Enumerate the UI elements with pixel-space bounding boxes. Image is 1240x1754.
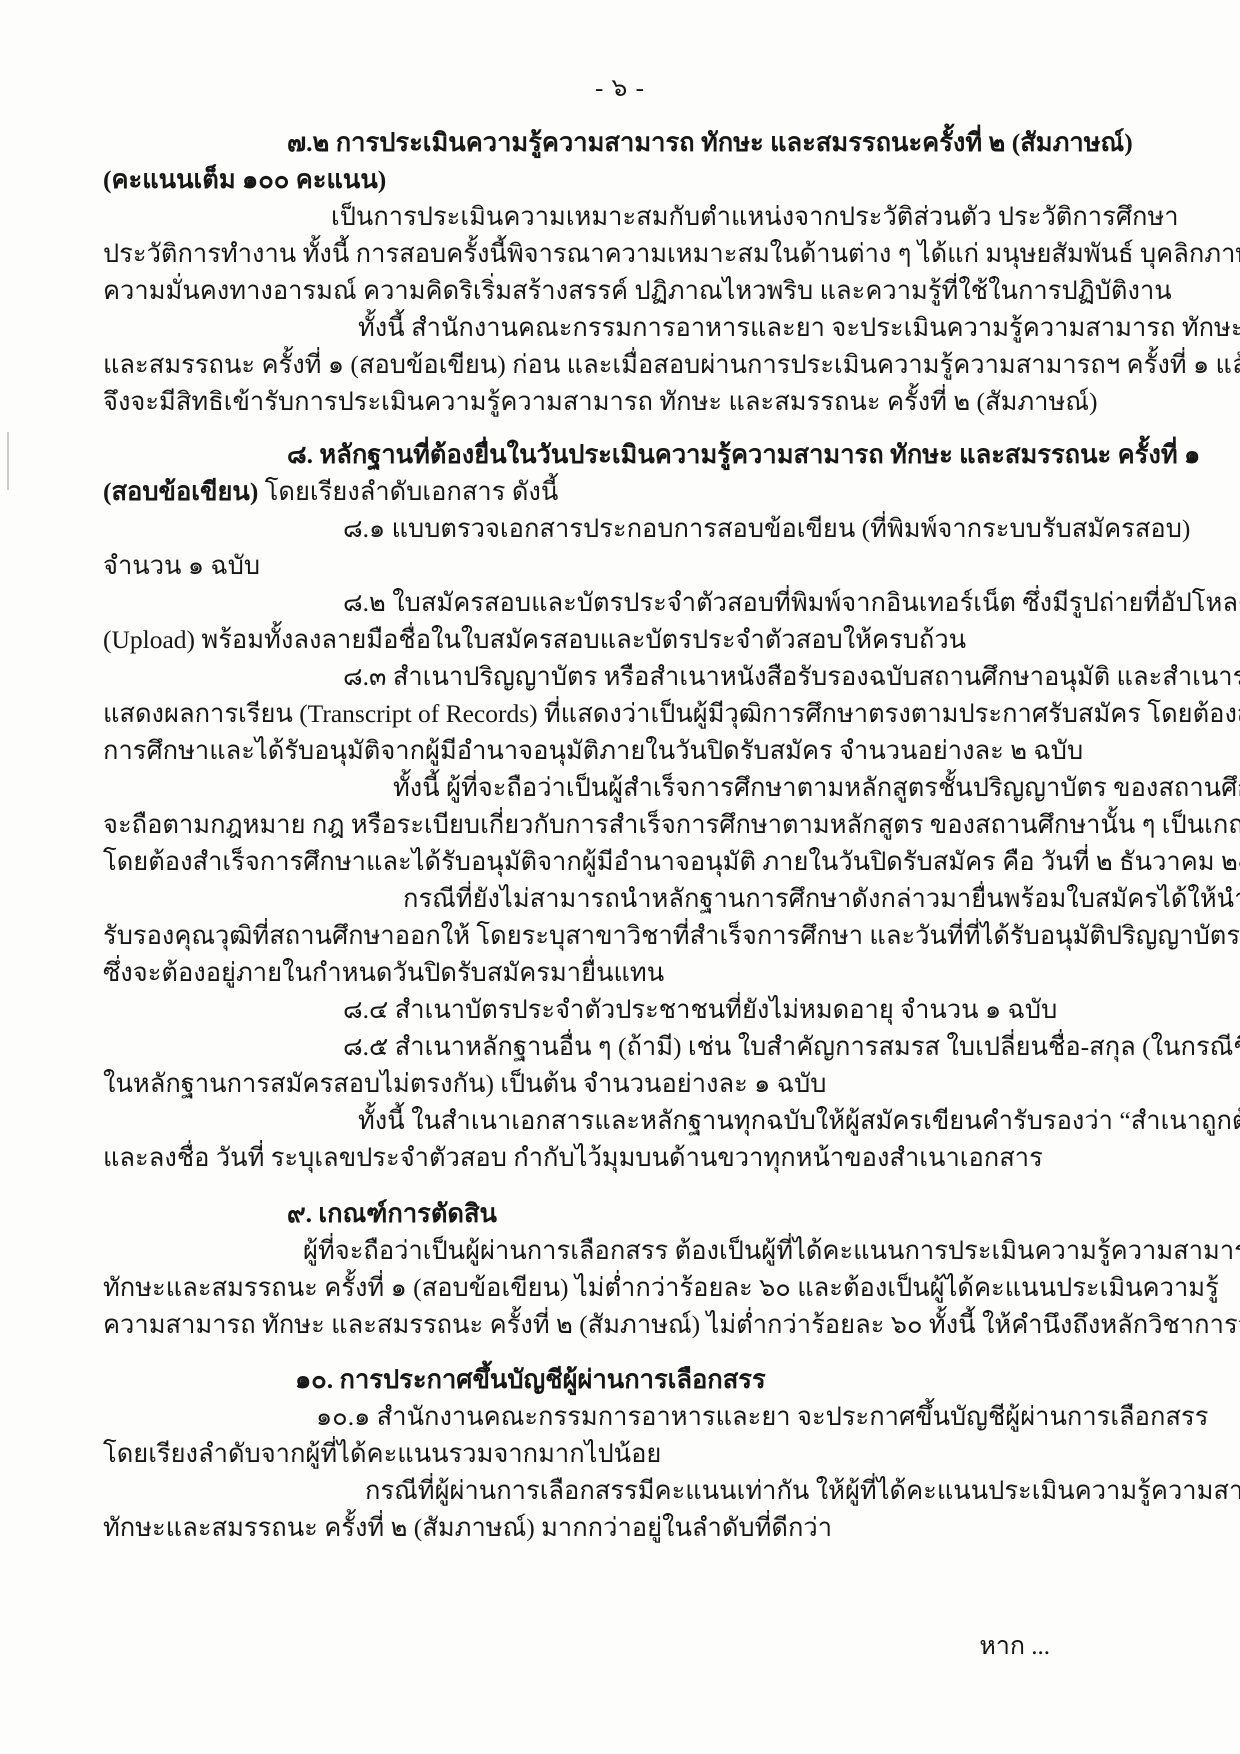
continuation-mark: หาก ... [979, 1626, 1050, 1666]
text-line: ความสามารถ ทักษะ และสมรรถนะ ครั้งที่ ๒ (… [103, 1306, 1178, 1343]
text-run: (สอบข้อเขียน) [103, 477, 258, 506]
text-line: ในหลักฐานการสมัครสอบไม่ตรงกัน) เป็นต้น จ… [103, 1065, 1178, 1102]
text-line: การศึกษาและได้รับอนุมัติจากผู้มีอำนาจอนุ… [103, 732, 1178, 769]
page-number: - ๖ - [0, 68, 1240, 108]
text-line: ๘.๓ สำเนาปริญญาบัตร หรือสำเนาหนังสือรับร… [103, 658, 1178, 695]
text-line: จึงจะมีสิทธิเข้ารับการประเมินความรู้ความ… [103, 383, 1178, 420]
text-line: ซึ่งจะต้องอยู่ภายในกำหนดวันปิดรับสมัครมา… [103, 954, 1178, 991]
text-line: ๘. หลักฐานที่ต้องยื่นในวันประเมินความรู้… [103, 436, 1178, 473]
text-line: จำนวน ๑ ฉบับ [103, 547, 1178, 584]
text-line: ทั้งนี้ ในสำเนาเอกสารและหลักฐานทุกฉบับให… [103, 1102, 1178, 1139]
text-line: ๘.๒ ใบสมัครสอบและบัตรประจำตัวสอบที่พิมพ์… [103, 584, 1178, 621]
text-line: ทักษะและสมรรถนะ ครั้งที่ ๑ (สอบข้อเขียน)… [103, 1269, 1178, 1306]
text-line: และลงชื่อ วันที่ ระบุเลขประจำตัวสอบ กำกั… [103, 1139, 1178, 1176]
text-line: กรณีที่ผู้ผ่านการเลือกสรรมีคะแนนเท่ากัน … [103, 1472, 1178, 1509]
text-line: ผู้ที่จะถือว่าเป็นผู้ผ่านการเลือกสรร ต้อ… [103, 1232, 1178, 1269]
text-line: กรณีที่ยังไม่สามารถนำหลักฐานการศึกษาดังก… [103, 880, 1178, 917]
text-line: ความมั่นคงทางอารมณ์ ความคิดริเริ่มสร้างส… [103, 272, 1178, 309]
text-run: โดยเรียงลำดับเอกสาร ดังนี้ [258, 477, 558, 506]
text-line: (สอบข้อเขียน) โดยเรียงลำดับเอกสาร ดังนี้ [103, 473, 1178, 510]
text-line: รับรองคุณวุฒิที่สถานศึกษาออกให้ โดยระบุส… [103, 917, 1178, 954]
text-line: ๙. เกณฑ์การตัดสิน [103, 1195, 1178, 1232]
document-body: ๗.๒ การประเมินความรู้ความสามารถ ทักษะ แล… [103, 124, 1178, 1546]
text-line: เป็นการประเมินความเหมาะสมกับตำแหน่งจากปร… [103, 198, 1178, 235]
text-line: ๘.๔ สำเนาบัตรประจำตัวประชาชนที่ยังไม่หมด… [103, 991, 1178, 1028]
text-line: โดยต้องสำเร็จการศึกษาและได้รับอนุมัติจาก… [103, 843, 1178, 880]
scan-artifact [7, 432, 9, 490]
text-line: ทั้งนี้ สำนักงานคณะกรรมการอาหารและยา จะป… [103, 309, 1178, 346]
text-line: ๗.๒ การประเมินความรู้ความสามารถ ทักษะ แล… [103, 124, 1178, 161]
text-line: (Upload) พร้อมทั้งลงลายมือชื่อในใบสมัครส… [103, 621, 1178, 658]
text-line: ๑๐. การประกาศขึ้นบัญชีผู้ผ่านการเลือกสรร [103, 1361, 1178, 1398]
document-page: - ๖ - ๗.๒ การประเมินความรู้ความสามารถ ทั… [0, 0, 1240, 1754]
text-line: ประวัติการทำงาน ทั้งนี้ การสอบครั้งนี้พิ… [103, 235, 1178, 272]
text-line: จะถือตามกฎหมาย กฎ หรือระเบียบเกี่ยวกับกา… [103, 806, 1178, 843]
text-line: ๑๐.๑ สำนักงานคณะกรรมการอาหารและยา จะประก… [103, 1398, 1178, 1435]
text-line: (คะแนนเต็ม ๑๐๐ คะแนน) [103, 161, 1178, 198]
text-line: ทักษะและสมรรถนะ ครั้งที่ ๒ (สัมภาษณ์) มา… [103, 1509, 1178, 1546]
text-line: ทั้งนี้ ผู้ที่จะถือว่าเป็นผู้สำเร็จการศึ… [103, 769, 1178, 806]
text-line: ๘.๑ แบบตรวจเอกสารประกอบการสอบข้อเขียน (ท… [103, 510, 1178, 547]
text-line: โดยเรียงลำดับจากผู้ที่ได้คะแนนรวมจากมากไ… [103, 1435, 1178, 1472]
text-line: ๘.๕ สำเนาหลักฐานอื่น ๆ (ถ้ามี) เช่น ใบสำ… [103, 1028, 1178, 1065]
text-line: และสมรรถนะ ครั้งที่ ๑ (สอบข้อเขียน) ก่อน… [103, 346, 1178, 383]
text-line: แสดงผลการเรียน (Transcript of Records) ท… [103, 695, 1178, 732]
